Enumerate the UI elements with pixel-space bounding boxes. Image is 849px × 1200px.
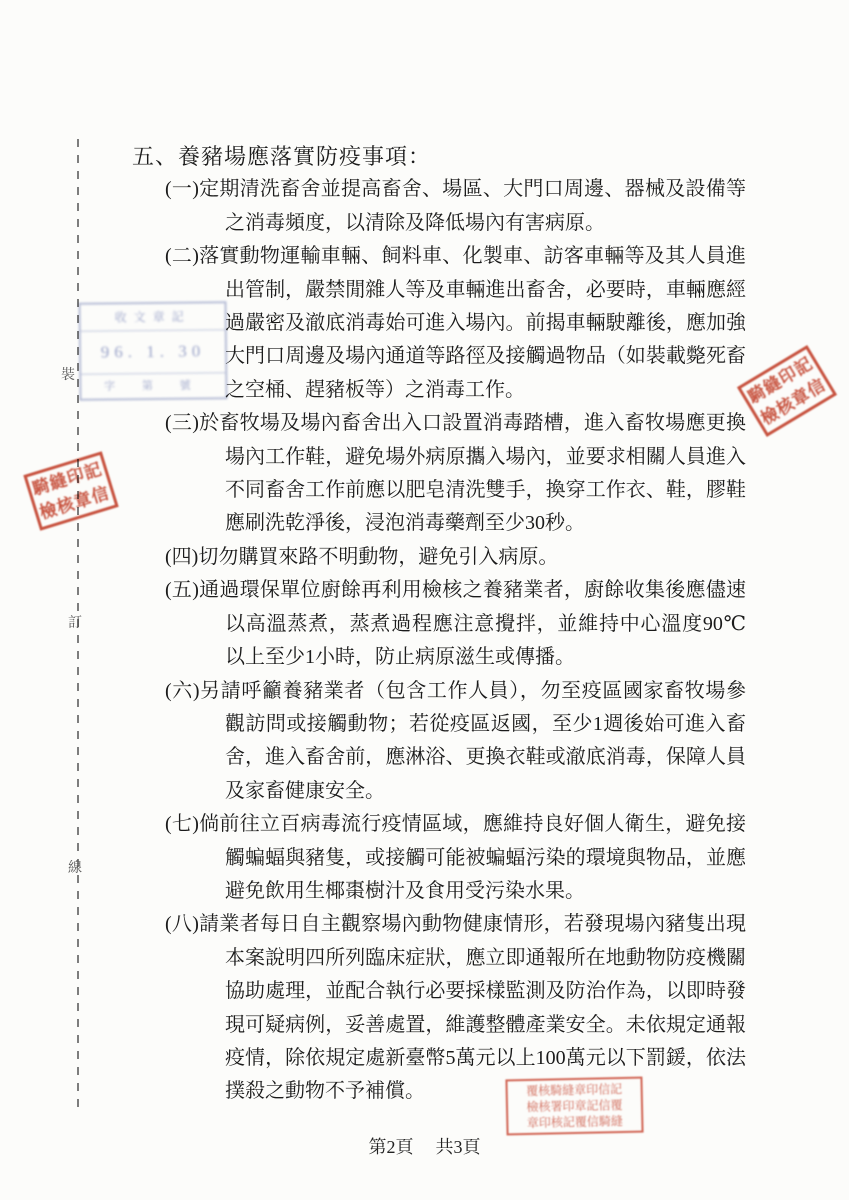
list-item: (一)定期清洗畜舍並提高畜舍、場區、大門口周邊、器械及設備等之消毒頻度，以清除及… bbox=[225, 173, 746, 240]
item-text: 請業者每日自主觀察場內動物健康情形，若發現場內豬隻出現本案說明四所列臨床症狀，應… bbox=[199, 913, 746, 1102]
item-text: 定期清洗畜舍並提高畜舍、場區、大門口周邊、器械及設備等之消毒頻度，以清除及降低場… bbox=[199, 178, 746, 233]
item-marker: (二) bbox=[165, 245, 199, 267]
page-footer: 第2頁 共3頁 bbox=[0, 1133, 849, 1159]
document-body: 五、養豬場應落實防疫事項： (一)定期清洗畜舍並提高畜舍、場區、大門口周邊、器械… bbox=[0, 140, 849, 1109]
item-text: 於畜牧場及場內畜舍出入口設置消毒踏槽，進入畜牧場應更換場內工作鞋，避免場外病原攜… bbox=[199, 412, 746, 534]
item-marker: (七) bbox=[165, 813, 199, 835]
page-number: 第2頁 bbox=[369, 1133, 414, 1159]
item-text: 落實動物運輸車輛、飼料車、化製車、訪客車輛等及其人員進出管制，嚴禁閒雜人等及車輛… bbox=[199, 245, 746, 401]
list-item: (四)切勿購買來路不明動物，避免引入病原。 bbox=[225, 541, 746, 574]
item-text: 通過環保單位廚餘再利用檢核之養豬業者，廚餘收集後應儘速以高溫蒸煮，蒸煮過程應注意… bbox=[199, 579, 746, 668]
item-marker: (四) bbox=[165, 546, 198, 568]
item-marker: (一) bbox=[165, 178, 199, 200]
item-text: 另請呼籲養豬業者（包含工作人員），勿至疫區國家畜牧場參觀訪問或接觸動物；若從疫區… bbox=[200, 680, 746, 802]
list-item: (二)落實動物運輸車輛、飼料車、化製車、訪客車輛等及其人員進出管制，嚴禁閒雜人等… bbox=[225, 240, 746, 407]
item-text: 切勿購買來路不明動物，避免引入病原。 bbox=[198, 546, 558, 568]
list-item: (五)通過環保單位廚餘再利用檢核之養豬業者，廚餘收集後應儘速以高溫蒸煮，蒸煮過程… bbox=[225, 574, 746, 674]
section-heading: 五、養豬場應落實防疫事項： bbox=[132, 140, 849, 173]
item-marker: (五) bbox=[165, 579, 199, 601]
stamp-text-row: 章印核記覆信騎縫 bbox=[511, 1113, 638, 1132]
list-item: (三)於畜牧場及場內畜舍出入口設置消毒踏槽，進入畜牧場應更換場內工作鞋，避免場外… bbox=[225, 407, 746, 541]
item-marker: (八) bbox=[165, 913, 199, 935]
list-item: (八)請業者每日自主觀察場內動物健康情形，若發現場內豬隻出現本案說明四所列臨床症… bbox=[225, 908, 746, 1108]
list-item: (六)另請呼籲養豬業者（包含工作人員），勿至疫區國家畜牧場參觀訪問或接觸動物；若… bbox=[225, 675, 746, 809]
item-list: (一)定期清洗畜舍並提高畜舍、場區、大門口周邊、器械及設備等之消毒頻度，以清除及… bbox=[225, 173, 746, 1108]
item-text: 倘前往立百病毒流行疫情區域，應維持良好個人衛生，避免接觸蝙蝠與豬隻，或接觸可能被… bbox=[199, 813, 746, 902]
item-marker: (六) bbox=[165, 680, 200, 702]
page-total: 共3頁 bbox=[436, 1133, 481, 1159]
scanned-document-page: 裝 訂 線 五、養豬場應落實防疫事項： (一)定期清洗畜舍並提高畜舍、場區、大門… bbox=[0, 0, 849, 1200]
list-item: (七)倘前往立百病毒流行疫情區域，應維持良好個人衛生，避免接觸蝙蝠與豬隻，或接觸… bbox=[225, 808, 746, 908]
item-marker: (三) bbox=[165, 412, 199, 434]
